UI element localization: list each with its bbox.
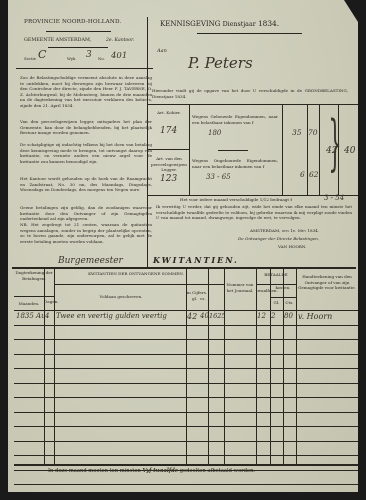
- header-maanden: Maanden.: [14, 301, 44, 307]
- assessment-col: [189, 105, 190, 195]
- kwitantien-title: KWITANTIEN.: [153, 255, 239, 265]
- paragraph-legger: Van den perceelsgewijzen legger, mitsgad…: [20, 119, 152, 136]
- header-sub-line: [256, 284, 296, 285]
- table-row: [8, 442, 358, 457]
- cell-cs: 40: [200, 312, 208, 320]
- header-sub-line: [270, 297, 296, 298]
- header-cijfers-gl: gl.: [192, 296, 197, 302]
- header-sub-line: [54, 284, 224, 285]
- header-kwitantien: KWITANTIEN DER ONTVANGENE SOMMEN.: [56, 271, 216, 277]
- header-betaalde: BETAALDE: [256, 272, 296, 278]
- assessment-divider: [218, 150, 248, 151]
- ongebouwde-label: Wegens Ongebouwde Eigendommen, naar een …: [192, 158, 278, 169]
- header-sub-line: [14, 296, 54, 297]
- aan-label: Aan: [157, 48, 167, 54]
- panel-divider: [147, 17, 148, 267]
- cell-maand: 1835 Aug.: [16, 312, 44, 320]
- art-legger-value: 123: [160, 174, 177, 184]
- sectie-value: C: [38, 48, 46, 61]
- collector-name: VAN HOORN.: [278, 244, 307, 250]
- sectie-label: Sectie: [24, 56, 36, 61]
- table-top-border: [12, 267, 356, 269]
- province-heading: PROVINCIE NOORD-HOLLAND.: [24, 19, 121, 25]
- gebouwde-inkomen: 180: [208, 129, 221, 137]
- collector-title: De Ontvanger der Directe Belastingen,: [238, 236, 319, 242]
- paragraph-betalingen: Geene betalingen zijn geldig, dan de zoo…: [20, 205, 152, 222]
- cell-journaal: 16250: [209, 312, 224, 320]
- footer-prefix: In deze maand moeten ten minsten: [48, 468, 141, 474]
- table-row: [8, 398, 358, 413]
- ongebouwde-inkomen: 33 - 65: [206, 173, 231, 181]
- footer-suffix: gedeelten afbetaald worden.: [180, 468, 255, 474]
- header-kosten-cs: Cts.: [283, 300, 296, 306]
- nummer-label: No.: [98, 56, 105, 61]
- cell-kosten-gl: 2: [271, 312, 283, 320]
- gebouwde-cs: 70: [308, 128, 318, 137]
- art-kohier-value: 174: [160, 126, 177, 136]
- footer-text: In deze maand moeten ten minsten Vyf twa…: [48, 468, 255, 474]
- header-dagen: Dagen.: [44, 299, 54, 305]
- assessment-col: [307, 105, 308, 195]
- total-cs: 40: [344, 146, 355, 156]
- art-legger-label: Art. van den perceelsgewijzen Legger.: [149, 156, 189, 173]
- art-kohier-label: Art. Kohier.: [150, 110, 188, 116]
- nummer-value: 401: [111, 51, 127, 61]
- wyk-label: Wyk: [67, 56, 75, 61]
- cell-dag: 4: [45, 312, 54, 320]
- gebouwde-label: Wegens Gebouwde Eigendommen, naar een be…: [192, 114, 278, 125]
- header-cijfers: in Cijfers.: [186, 290, 208, 296]
- header-cijfers-cs: cs.: [200, 296, 206, 302]
- monthly-label: Het voor iedere maand verschuldigde 1/12…: [180, 197, 292, 203]
- dienstjaar-label: Dienstjaar: [223, 21, 256, 28]
- monthly-value: 3 - 54: [324, 194, 344, 202]
- assessment-divider: [148, 149, 189, 150]
- ongebouwde-gl: 6: [300, 170, 305, 179]
- header-kosten-gl: Gl.: [270, 300, 283, 306]
- brace: }: [328, 108, 341, 178]
- row-line: [14, 484, 358, 485]
- table-row: [8, 340, 358, 355]
- cell-gl: 42: [187, 312, 200, 321]
- cell-handteekening: v. Hoorn: [298, 312, 356, 321]
- header-dagteekening: Dagteekening der Betalingen.: [14, 270, 54, 281]
- cell-voldaan: Twee en veertig gulden veertig: [56, 312, 186, 320]
- table-row: 1835 Aug.4Twee en veertig gulden veertig…: [8, 311, 358, 326]
- table-row: [8, 427, 358, 442]
- header-kosten: kosten.: [270, 285, 296, 291]
- place-date: AMSTERDAM, den 1e. Mey 1834.: [250, 228, 319, 234]
- table-row: [8, 384, 358, 399]
- notice-text: Ik verwittig U verder, dat gij gehouden …: [156, 204, 352, 221]
- torn-corner: [344, 0, 358, 22]
- header-twaalfden: twaalfden.: [256, 288, 270, 294]
- assessment-col: [282, 105, 283, 195]
- header-handteekening: Handteekening van den Ontvanger of van z…: [297, 274, 357, 291]
- title-text: KENNISGEVING: [160, 20, 220, 28]
- table-row: [8, 413, 358, 428]
- cell-kosten-cs: 80: [284, 312, 296, 320]
- dienstjaar-year: 1834.: [258, 19, 279, 28]
- paragraph-zegelregt: NB. Het zegelregt tot 21 centen, waaraan…: [20, 222, 152, 244]
- addressee-name: P. Peters: [188, 54, 253, 72]
- divider: [46, 31, 111, 32]
- table-row: [8, 369, 358, 384]
- cell-twaalfden: 12: [257, 312, 270, 320]
- paragraph-bezwaar: Zoo de Belastingschuldige vermeent absol…: [20, 75, 152, 108]
- footer-handwritten: Vyf twaalfde: [142, 468, 178, 474]
- header-voldaan: Voldaan geschreven.: [56, 294, 186, 300]
- divider: [197, 33, 302, 34]
- ongebouwde-cs: 62: [309, 170, 319, 179]
- assessment-col: [319, 105, 320, 195]
- header-nommer: Nommer van het Journaal.: [224, 282, 256, 293]
- divider: [148, 104, 358, 105]
- table-row: [8, 355, 358, 370]
- kennisgeving-title: KENNISGEVING Dienstjaar 1834.: [160, 19, 279, 28]
- total-gl: 42: [326, 146, 337, 156]
- burgemeester-signature: Burgemeester: [58, 256, 123, 266]
- gemeente-label: GEMEENTE AMSTERDAM,: [24, 38, 91, 43]
- table-bottom-border: [14, 464, 358, 466]
- intro-text: Hieronder vindt gij de opgave van het do…: [152, 88, 348, 99]
- paragraph-kwitantie: De schatpligtige zij indachtig telkens b…: [20, 142, 152, 164]
- wyk-value: 3: [86, 50, 92, 60]
- divider: [16, 68, 153, 69]
- table-row: [8, 326, 358, 341]
- kantoor-label: 2e. Kantoor.: [106, 38, 134, 43]
- tax-notice-document: PROVINCIE NOORD-HOLLAND. GEMEENTE AMSTER…: [8, 0, 358, 492]
- gebouwde-gl: 35: [292, 128, 302, 137]
- divider: [48, 47, 108, 48]
- paragraph-kantoor: Het Kantoor wordt gehouden op de hoek va…: [20, 176, 152, 193]
